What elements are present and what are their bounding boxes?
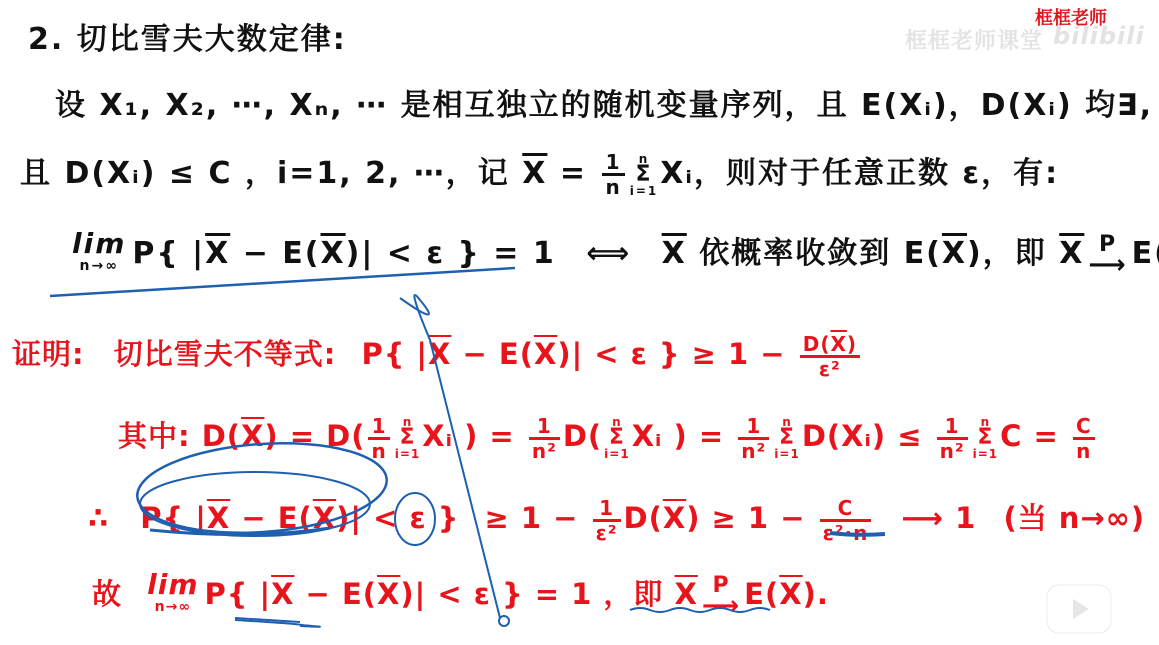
bilibili-logo: bilibili — [1053, 22, 1145, 50]
summation: nΣi=1 — [630, 153, 659, 197]
proof-variance-bound: 其中: D(X) = D(1nnΣi=1Xᵢ ) = 1n²D(nΣi=1Xᵢ … — [118, 414, 1098, 462]
theorem-condition-line: 且 D(Xᵢ) ≤ C ，i=1, 2, ⋯，记 X = 1nnΣi=1Xᵢ，则… — [20, 148, 1059, 198]
channel-watermark: 框框老师课堂 — [905, 24, 1043, 55]
theorem-assumption-line: 设 X₁, X₂, ⋯, Xₙ, ⋯ 是相互独立的随机变量序列，且 E(Xᵢ)，… — [55, 80, 1153, 124]
proof-label: 证明: — [12, 337, 85, 371]
iff-symbol: ⟺ — [586, 236, 631, 271]
condition-text: 且 D(Xᵢ) ≤ C ，i=1, 2, ⋯，记 — [20, 156, 510, 191]
limit-operator: limn→∞ — [72, 233, 126, 277]
equals-sign: = — [560, 156, 587, 191]
play-button[interactable] — [1045, 573, 1113, 635]
xbar-symbol: X — [522, 156, 547, 191]
xi-symbol: Xᵢ — [660, 156, 694, 191]
theorem-heading: 2. 切比雪夫大数定律: — [28, 14, 347, 58]
proof-limit-bound: ∴ P{ |X − E(X)| < ε } ≥ 1 − 1ε²D(X) ≥ 1 … — [88, 496, 1145, 544]
tv-play-icon — [1045, 573, 1113, 635]
theorem-statement: limn→∞P{ |X − E(X)| < ε } = 1 ⟺ X 依概率收敛到… — [72, 228, 1159, 277]
fraction-variance-over-eps2: D(X)ε² — [800, 333, 860, 380]
proof-conclusion: 故 limn→∞P{ |X − E(X)| < ε } = 1 ，即 XP⟶E(… — [92, 572, 829, 618]
condition-suffix: ，则对于任意正数 ε，有: — [694, 156, 1059, 191]
fraction-1-over-n: 1n — [602, 151, 624, 198]
proof-chebyshev-inequality: 证明: 切比雪夫不等式: P{ |X − E(X)| < ε } ≥ 1 − D… — [12, 332, 863, 380]
converge-in-probability-arrow: P⟶ — [1088, 235, 1127, 275]
